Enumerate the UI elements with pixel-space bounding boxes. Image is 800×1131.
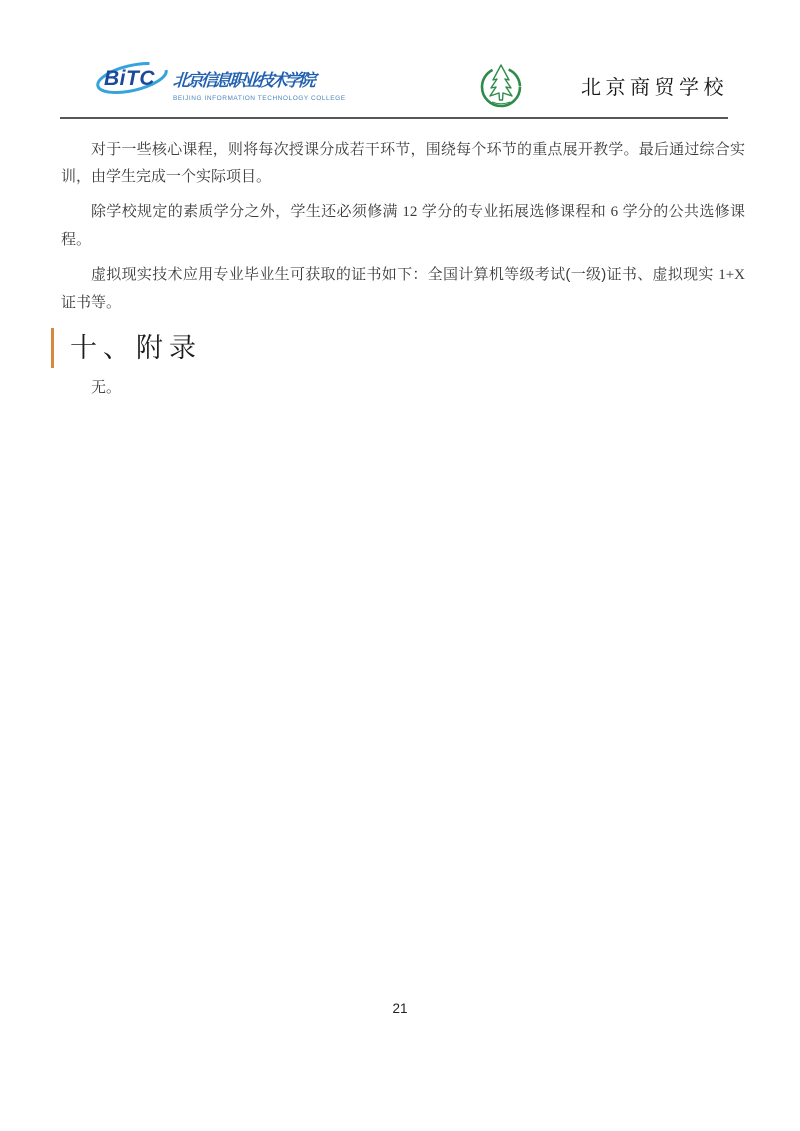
paragraph: 除学校规定的素质学分之外，学生还必须修满 12 学分的专业拓展选修课程和 6 学… [61, 198, 745, 253]
section-heading-appendix: 十、附录 [51, 328, 745, 368]
appendix-body-none: 无。 [61, 374, 745, 401]
paragraph: 虚拟现实技术应用专业毕业生可获取的证书如下：全国计算机等级考试(一级)证书、虚拟… [61, 261, 745, 316]
commerce-school-logo: 北京商贸学校 [478, 60, 728, 110]
page-footer: 21 [0, 1000, 800, 1018]
page-number: 21 [392, 1001, 407, 1016]
paragraph: 对于一些核心课程，则将每次授课分成若干环节，围绕每个环节的重点展开教学。最后通过… [61, 136, 745, 190]
paragraph-text: 对于一些核心课程，则将每次授课分成若干环节，围绕每个环节的重点展开教学。最后通过… [61, 141, 745, 185]
credit-count: 12 [402, 204, 417, 220]
header-divider-rule [60, 117, 728, 119]
bitc-logo-mark: BiTC [93, 56, 171, 104]
bitc-college-logo: BiTC 北京信息职业技术学院 BEIJING INFORMATION TECH… [93, 56, 346, 104]
paragraph-text: 除学校规定的素质学分之外，学生还必须修满 [91, 203, 402, 220]
paragraph-text: 学分的专业拓展选修课程和 [417, 203, 610, 220]
certificate-code: 1+X [718, 267, 745, 283]
pine-tree-emblem-icon [478, 60, 524, 110]
document-body: 对于一些核心课程，则将每次授课分成若干环节，围绕每个环节的重点展开教学。最后通过… [61, 122, 745, 401]
bitc-names: 北京信息职业技术学院 BEIJING INFORMATION TECHNOLOG… [173, 56, 346, 102]
paragraph-text: 虚拟现实技术应用专业毕业生可获取的证书如下：全国计算机等级考试(一级)证书、虚拟… [91, 266, 718, 283]
bitc-abbreviation: BiTC [104, 67, 155, 91]
bitc-chinese-name: 北京信息职业技术学院 [172, 66, 346, 91]
paragraph-text: 证书等。 [61, 294, 121, 311]
credit-count: 6 [611, 204, 619, 220]
document-page: BiTC 北京信息职业技术学院 BEIJING INFORMATION TECH… [0, 0, 800, 1131]
bitc-english-name: BEIJING INFORMATION TECHNOLOGY COLLEGE [173, 95, 346, 102]
commerce-school-name: 北京商贸学校 [581, 71, 728, 100]
